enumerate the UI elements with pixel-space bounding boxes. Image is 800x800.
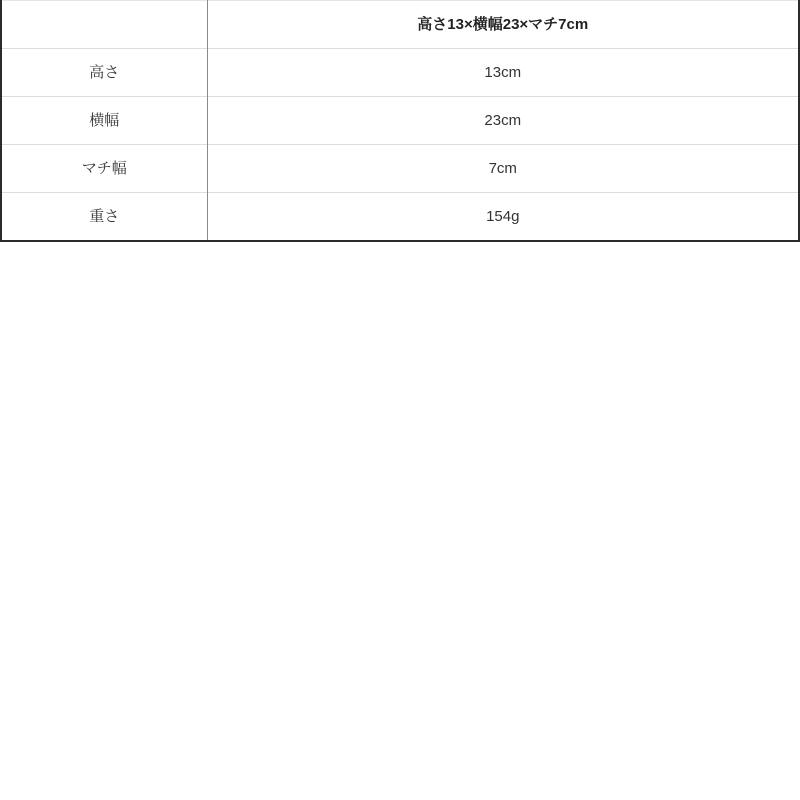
- row-value-height: 13cm: [207, 49, 799, 97]
- row-label-weight: 重さ: [1, 193, 207, 241]
- row-value-gusset: 7cm: [207, 145, 799, 193]
- row-value-weight: 154g: [207, 193, 799, 241]
- product-spec-table: 高さ13×横幅23×マチ7cm 高さ 13cm 横幅 23cm マチ幅 7cm …: [0, 0, 800, 242]
- table-row-width: 横幅 23cm: [1, 97, 799, 145]
- table-row-height: 高さ 13cm: [1, 49, 799, 97]
- page-background: 高さ13×横幅23×マチ7cm 高さ 13cm 横幅 23cm マチ幅 7cm …: [0, 0, 800, 800]
- spec-header-empty-cell: [1, 1, 207, 49]
- table-row-gusset: マチ幅 7cm: [1, 145, 799, 193]
- spec-header-row: 高さ13×横幅23×マチ7cm: [1, 1, 799, 49]
- row-label-width: 横幅: [1, 97, 207, 145]
- row-label-gusset: マチ幅: [1, 145, 207, 193]
- row-label-height: 高さ: [1, 49, 207, 97]
- table-row-weight: 重さ 154g: [1, 193, 799, 241]
- spec-header-size-summary: 高さ13×横幅23×マチ7cm: [207, 1, 799, 49]
- row-value-width: 23cm: [207, 97, 799, 145]
